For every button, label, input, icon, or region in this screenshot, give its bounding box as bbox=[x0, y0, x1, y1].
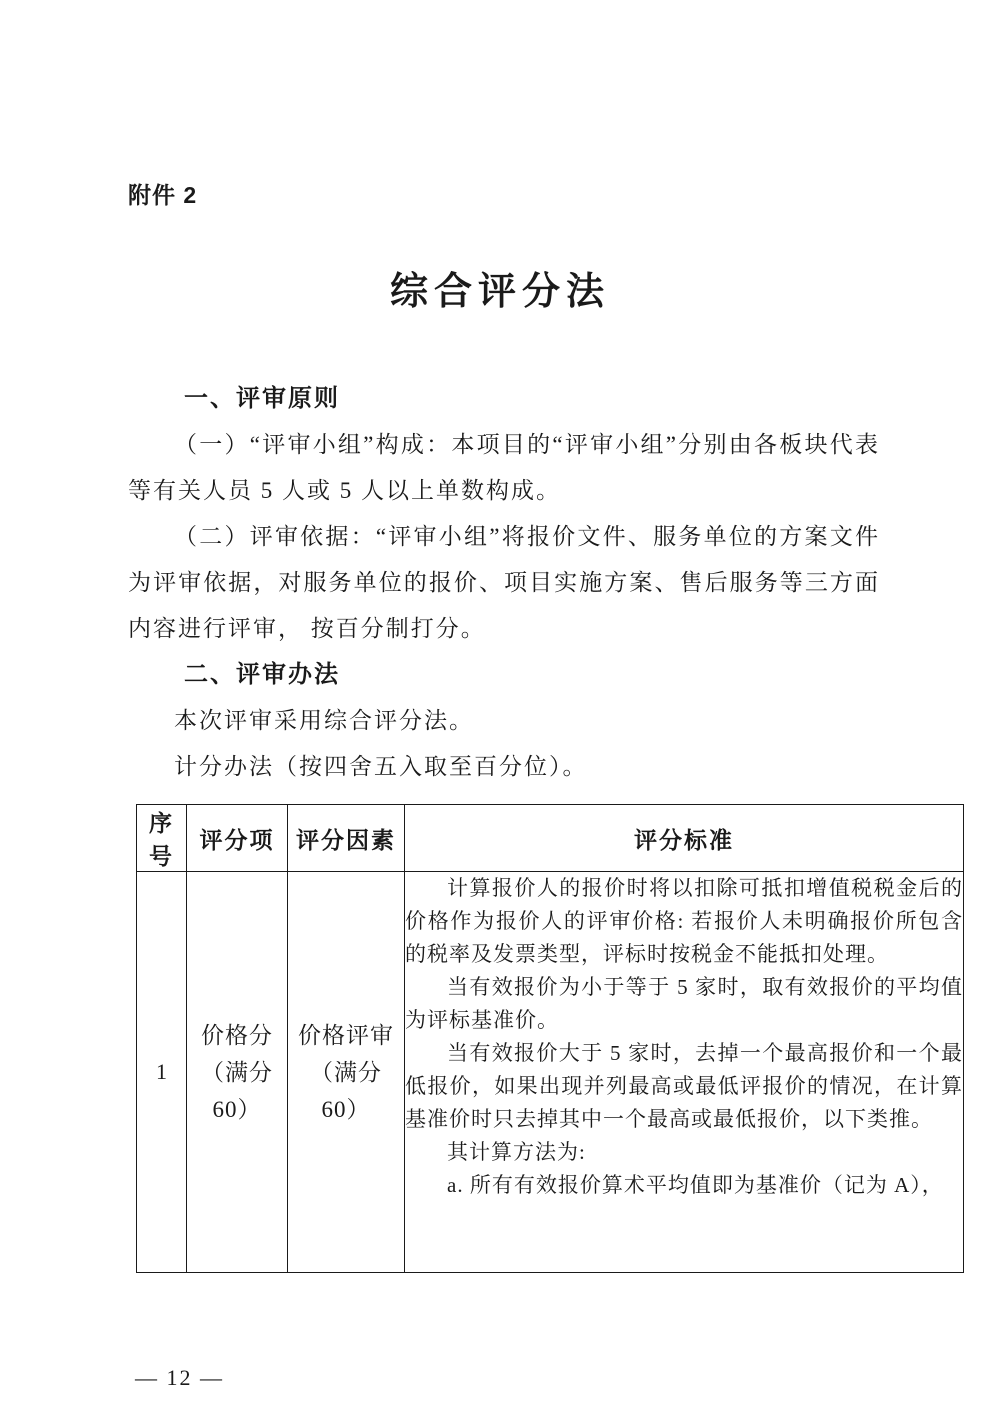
section-2-heading: 二、评审办法 bbox=[184, 652, 880, 698]
criteria-paragraph-2: 当有效报价为小于等于 5 家时，取有效报价的平均值为评标基准价。 bbox=[405, 971, 963, 1037]
scoring-table: 序号 评分项 评分因素 评分标准 1 价格分（满分 60） 价格评审（满分 60… bbox=[136, 804, 964, 1273]
section-1-paragraph-1: （一）“评审小组”构成：本项目的“评审小组”分别由各板块代表等有关人员 5 人或… bbox=[128, 422, 880, 514]
section-1-paragraph-2: （二）评审依据：“评审小组”将报价文件、服务单位的方案文件为评审依据，对服务单位… bbox=[128, 514, 880, 652]
document-title: 综合评分法 bbox=[0, 270, 1000, 314]
scoring-table-header: 序号 评分项 评分因素 评分标准 bbox=[137, 805, 964, 872]
table-row: 1 价格分（满分 60） 价格评审（满分 60） 计算报价人的报价时将以扣除可抵… bbox=[137, 872, 964, 1273]
cell-scoring-factor: 价格评审（满分 60） bbox=[288, 872, 405, 1273]
header-scoring-factor: 评分因素 bbox=[288, 805, 405, 872]
cell-row-index: 1 bbox=[137, 872, 187, 1273]
header-row: 序号 评分项 评分因素 评分标准 bbox=[137, 805, 964, 872]
criteria-paragraph-5: a. 所有有效报价算术平均值即为基准价（记为 A）， bbox=[405, 1169, 963, 1202]
header-scoring-criteria: 评分标准 bbox=[405, 805, 964, 872]
cell-scoring-criteria: 计算报价人的报价时将以扣除可抵扣增值税税金后的价格作为报价人的评审价格: 若报价… bbox=[405, 872, 964, 1273]
criteria-paragraph-4: 其计算方法为: bbox=[405, 1136, 963, 1169]
criteria-paragraph-3: 当有效报价大于 5 家时，去掉一个最高报价和一个最低报价，如果出现并列最高或最低… bbox=[405, 1037, 963, 1136]
section-2-paragraph-2: 计分办法（按四舍五入取至百分位）。 bbox=[128, 744, 880, 790]
cell-scoring-item: 价格分（满分 60） bbox=[187, 872, 288, 1273]
header-index: 序号 bbox=[137, 805, 187, 872]
section-1-heading: 一、评审原则 bbox=[184, 376, 880, 422]
section-2-paragraph-1: 本次评审采用综合评分法。 bbox=[128, 698, 880, 744]
page-number: — 12 — bbox=[135, 1363, 1000, 1393]
attachment-label: 附件 2 bbox=[128, 180, 1000, 210]
header-scoring-item: 评分项 bbox=[187, 805, 288, 872]
document-page: 附件 2 综合评分法 一、评审原则 （一）“评审小组”构成：本项目的“评审小组”… bbox=[0, 0, 1000, 1414]
criteria-paragraph-1: 计算报价人的报价时将以扣除可抵扣增值税税金后的价格作为报价人的评审价格: 若报价… bbox=[405, 872, 963, 971]
